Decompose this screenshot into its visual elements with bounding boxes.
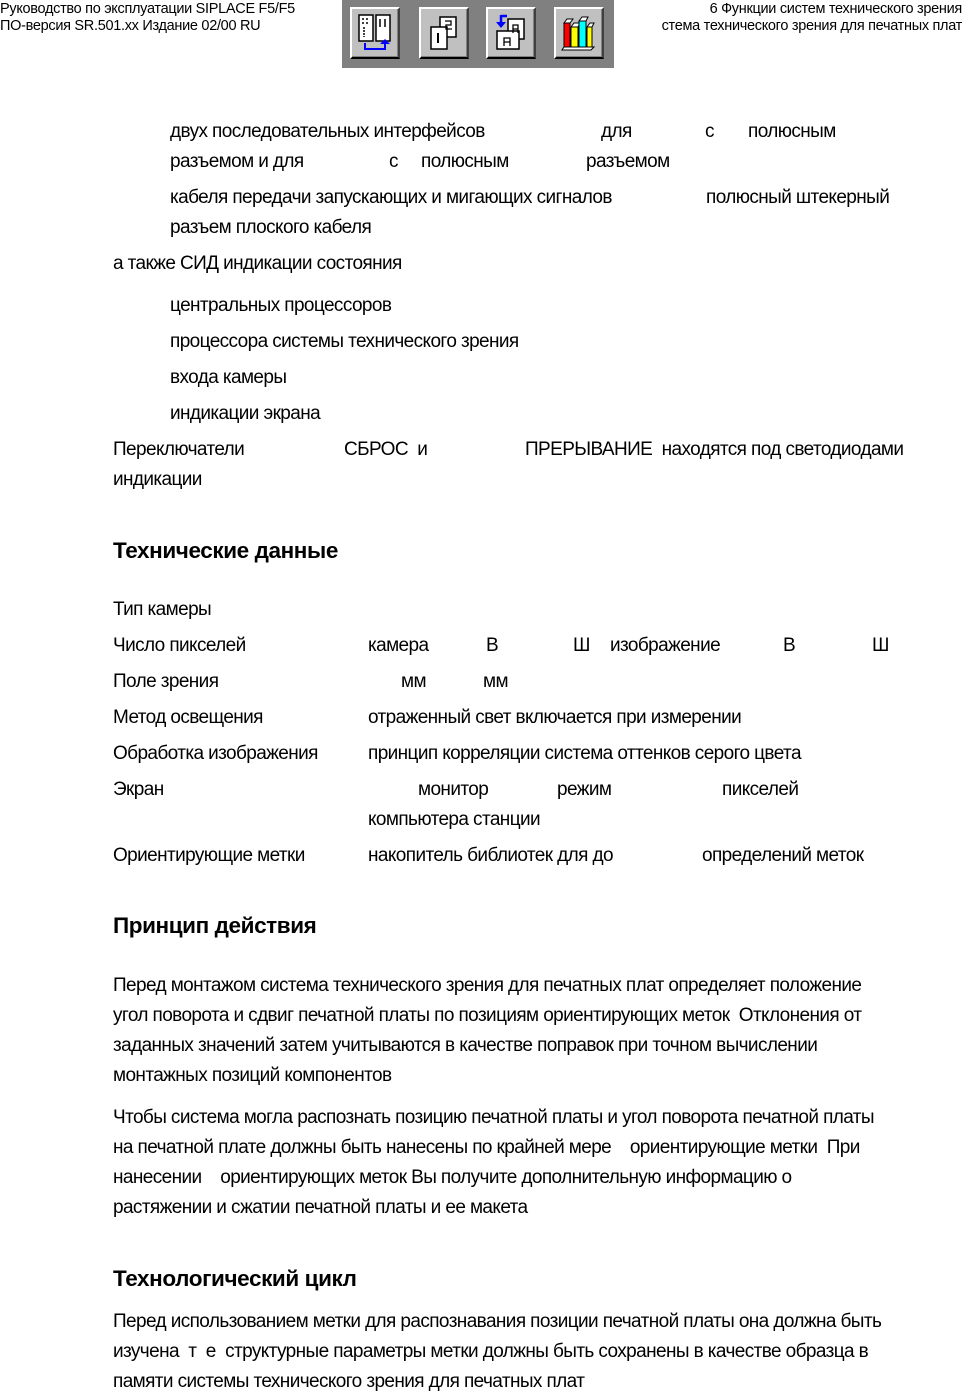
interface-item-text: полюсным	[421, 150, 509, 174]
header-chapter: 6 Функции систем технического зрения	[710, 0, 962, 18]
led-item: центральных процессоров	[170, 294, 391, 318]
spec-value: пикселей	[722, 778, 798, 802]
spec-value: режим	[557, 778, 611, 802]
interface-item-text: разъем плоского кабеля	[170, 216, 371, 240]
principle-paragraph-line: угол поворота и сдвиг печатной платы по …	[113, 1004, 861, 1028]
spec-label: Число пикселей	[113, 634, 246, 658]
switches-text: индикации	[113, 468, 202, 492]
contents-navigation-icon	[356, 13, 394, 53]
spec-label: Ориентирующие метки	[113, 844, 305, 868]
navigation-toolbar	[342, 0, 614, 68]
spec-value: монитор	[418, 778, 488, 802]
interface-item-text: полюсным	[748, 120, 836, 144]
led-intro: а также СИД индикации состояния	[113, 252, 402, 276]
principle-paragraph-line: монтажных позиций компонентов	[113, 1064, 391, 1088]
led-item: процессора системы технического зрения	[170, 330, 519, 354]
spec-value: определений меток	[702, 844, 863, 868]
spec-value: накопитель библиотек для до	[368, 844, 613, 868]
back-document-icon	[492, 13, 530, 53]
spec-value: отраженный свет включается при измерении	[368, 706, 741, 730]
spec-value: Ш	[573, 634, 590, 658]
spec-label: Тип камеры	[113, 598, 211, 622]
principle-paragraph-line: Чтобы система могла распознать позицию п…	[113, 1106, 874, 1130]
principle-paragraph-line: растяжении и сжатии печатной платы и ее …	[113, 1196, 528, 1220]
header-section: стема технического зрения для печатных п…	[662, 17, 962, 35]
interface-item-text: с	[389, 150, 398, 174]
interface-item-text: разъемом и для	[170, 150, 304, 174]
spec-value: изображение	[610, 634, 720, 658]
interface-item-text: двух последовательных интерфейсов	[170, 120, 485, 144]
led-item: индикации экрана	[170, 402, 320, 426]
spec-label: Экран	[113, 778, 164, 802]
interface-item-text: разъемом	[586, 150, 670, 174]
spec-value: принцип корреляции система оттенков серо…	[368, 742, 801, 766]
spec-label: Обработка изображения	[113, 742, 318, 766]
tech-data-heading: Технические данные	[113, 538, 338, 564]
spec-label: Поле зрения	[113, 670, 218, 694]
spec-value: В	[783, 634, 795, 658]
principle-paragraph-line: заданных значений затем учитываются в ка…	[113, 1034, 817, 1058]
cycle-paragraph-line: Перед использованием метки для распознав…	[113, 1310, 881, 1334]
back-button[interactable]	[486, 7, 536, 59]
interface-item-text: полюсный штекерный	[706, 186, 889, 210]
cycle-paragraph-line: изучена т е структурные параметры метки …	[113, 1340, 868, 1364]
cycle-heading: Технологический цикл	[113, 1266, 357, 1292]
principle-paragraph-line: Перед монтажом система технического зрен…	[113, 974, 861, 998]
spec-value: компьютера станции	[368, 808, 540, 832]
interface-item-text: с	[705, 120, 714, 144]
spec-value: В	[486, 634, 498, 658]
principle-paragraph-line: на печатной плате должны быть нанесены п…	[113, 1136, 860, 1160]
contents-button[interactable]	[350, 7, 400, 59]
library-books-icon	[560, 13, 598, 53]
switches-text: Переключатели	[113, 438, 244, 462]
header-manual-title: Руководство по эксплуатации SIPLACE F5/F…	[0, 0, 295, 18]
switches-text: ПРЕРЫВАНИЕ находятся под светодиодами	[525, 438, 903, 462]
spec-value: мм	[483, 670, 508, 694]
principle-heading: Принцип действия	[113, 913, 316, 939]
library-button[interactable]	[554, 7, 604, 59]
led-item: входа камеры	[170, 366, 286, 390]
pages-button[interactable]	[419, 7, 469, 59]
interface-item-text: для	[601, 120, 632, 144]
spec-value: Ш	[872, 634, 889, 658]
spec-value: мм	[401, 670, 426, 694]
spec-value: камера	[368, 634, 428, 658]
spec-label: Метод освещения	[113, 706, 263, 730]
switches-text: СБРОС и	[344, 438, 427, 462]
cycle-paragraph-line: памяти системы технического зрения для п…	[113, 1370, 584, 1393]
page-pages-icon	[425, 13, 463, 53]
principle-paragraph-line: нанесении ориентирующих меток Вы получит…	[113, 1166, 792, 1190]
header-version: ПО-версия SR.501.xx Издание 02/00 RU	[0, 17, 260, 35]
interface-item-text: кабеля передачи запускающих и мигающих с…	[170, 186, 612, 210]
